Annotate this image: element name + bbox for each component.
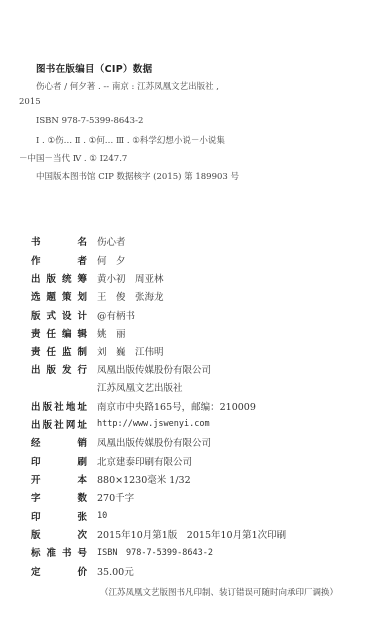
cip-line: 中国版本图书馆 CIP 数据核字 (2015) 第 189903 号 xyxy=(36,170,239,182)
spec-row: 版次2015年10月第1版 2015年10月第1次印刷 xyxy=(31,526,286,542)
spec-label: 作者 xyxy=(31,253,87,267)
spec-label: 出版统筹 xyxy=(31,271,87,285)
spec-value: 何 夕 xyxy=(97,253,126,267)
cip-line: ISBN 978-7-5399-8643-2 xyxy=(36,116,143,126)
spec-label: 出版发行 xyxy=(31,362,87,376)
spec-label: 选题策划 xyxy=(31,289,87,303)
spec-row: 书名伤心者 xyxy=(31,233,126,249)
spec-label: 出版社地址 xyxy=(31,399,87,413)
spec-value: 2015年10月第1版 2015年10月第1次印刷 xyxy=(97,527,286,541)
spec-label: 定价 xyxy=(31,564,87,578)
spec-value: 270千字 xyxy=(97,490,134,504)
spec-value: 凤凰出版传媒股份有限公司 xyxy=(97,435,211,449)
spec-label: 版次 xyxy=(31,527,87,541)
spec-value: 黄小初 周亚林 xyxy=(97,271,164,285)
spec-label: 责任编辑 xyxy=(31,326,87,340)
spec-value: 南京市中央路165号，邮编：210009 xyxy=(97,399,256,413)
spec-label: 经销 xyxy=(31,435,87,449)
spec-row: 版式设计@有柄书 xyxy=(31,307,135,323)
spec-row: 责任编辑姚 丽 xyxy=(31,325,126,341)
spec-row: 标准书号ISBN 978-7-5399-8643-2 xyxy=(31,544,213,560)
spec-label: 责任监制 xyxy=(31,344,87,358)
spec-label: 标准书号 xyxy=(31,545,87,559)
spec-value: 江苏凤凰文艺出版社 xyxy=(97,380,183,394)
spec-row: 出版社地址南京市中央路165号，邮编：210009 xyxy=(31,398,256,414)
spec-value: ISBN 978-7-5399-8643-2 xyxy=(97,546,213,558)
spec-value: 凤凰出版传媒股份有限公司 xyxy=(97,362,211,376)
spec-row: 定价35.00元 xyxy=(31,563,134,579)
spec-row: 作者何 夕 xyxy=(31,252,126,268)
spec-value: 姚 丽 xyxy=(97,326,126,340)
spec-row: 出版统筹黄小初 周亚林 xyxy=(31,270,164,286)
spec-label: 出版社网址 xyxy=(31,417,87,431)
cip-title: 图书在版编目（CIP）数据 xyxy=(36,61,152,75)
cip-line: 伤心者 / 何夕著 . -- 南京 : 江苏凤凰文艺出版社 , xyxy=(36,80,219,92)
footer-note: （江苏凤凰文艺版图书凡印制、装订错误可随时向承印厂调换） xyxy=(100,586,338,598)
spec-value: 10 xyxy=(97,511,107,521)
spec-label: 印刷 xyxy=(31,454,87,468)
spec-row: 责任监制刘 巍 江伟明 xyxy=(31,343,164,359)
spec-label: 开本 xyxy=(31,472,87,486)
spec-value: 880×1230毫米 1/32 xyxy=(97,472,191,486)
spec-label: 印张 xyxy=(31,509,87,523)
cip-line: 2015 xyxy=(19,97,41,107)
spec-row: 江苏凤凰文艺出版社 xyxy=(31,379,183,395)
spec-value: 北京建泰印刷有限公司 xyxy=(97,454,192,468)
spec-row: 出版发行凤凰出版传媒股份有限公司 xyxy=(31,361,211,377)
spec-value: 王 俊 张海龙 xyxy=(97,289,164,303)
spec-row: 出版社网址http://www.jswenyi.com xyxy=(31,416,210,432)
spec-row: 字数270千字 xyxy=(31,489,134,505)
spec-value: 35.00元 xyxy=(97,564,134,578)
cip-line: －中国－当代 Ⅳ . ① I247.7 xyxy=(19,152,127,164)
spec-row: 选题策划王 俊 张海龙 xyxy=(31,288,164,304)
spec-row: 开本880×1230毫米 1/32 xyxy=(31,471,191,487)
cip-line: Ⅰ . ①伤… Ⅱ . ①何… Ⅲ . ①科学幻想小说－小说集 xyxy=(36,134,225,146)
spec-label: 版式设计 xyxy=(31,308,87,322)
spec-value: 刘 巍 江伟明 xyxy=(97,344,164,358)
spec-value: http://www.jswenyi.com xyxy=(97,419,210,429)
spec-row: 印张10 xyxy=(31,508,107,524)
spec-label: 字数 xyxy=(31,490,87,504)
spec-row: 经销凤凰出版传媒股份有限公司 xyxy=(31,434,211,450)
spec-value: @有柄书 xyxy=(97,308,135,322)
spec-row: 印刷北京建泰印刷有限公司 xyxy=(31,453,192,469)
spec-value: 伤心者 xyxy=(97,234,126,248)
spec-label: 书名 xyxy=(31,234,87,248)
